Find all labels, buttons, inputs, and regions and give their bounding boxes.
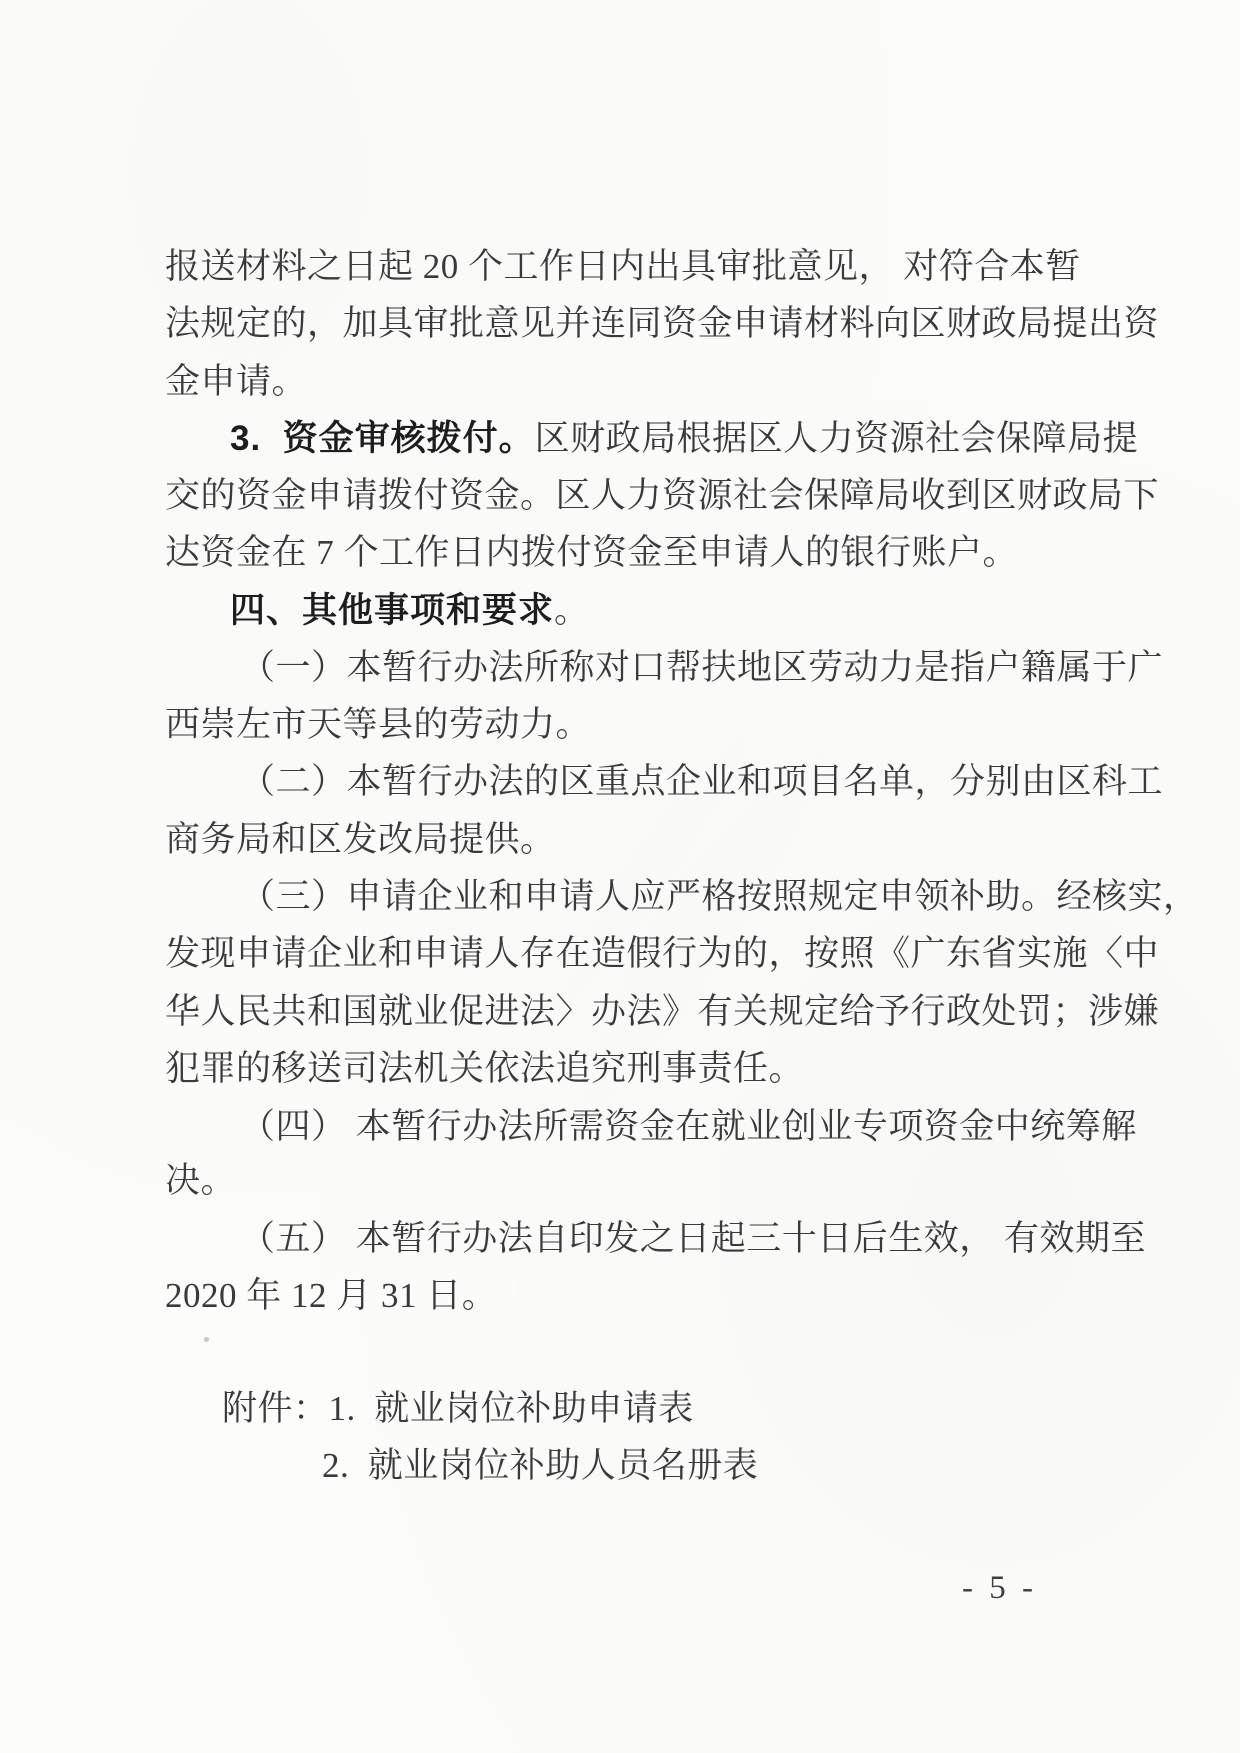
body-line: 华人民共和国就业促进法〉办法》有关规定给予行政处罚；涉嫌 bbox=[165, 987, 1159, 1037]
bold-segment: 四、其他事项和要求 bbox=[230, 591, 554, 630]
body-line: 2020 年 12 月 31 日。 bbox=[165, 1271, 497, 1321]
line-text: 2020 年 12 月 31 日。 bbox=[165, 1276, 497, 1315]
body-line: 报送材料之日起 20 个工作日内出具审批意见， 对符合本暂 bbox=[165, 242, 1081, 292]
body-line: （一）本暂行办法所称对口帮扶地区劳动力是指户籍属于广 bbox=[240, 643, 1163, 693]
body-line: 犯罪的移送司法机关依法追究刑事责任。 bbox=[165, 1044, 804, 1094]
line-text: （四） 本暂行办法所需资金在就业创业专项资金中统筹解 bbox=[240, 1107, 1137, 1146]
body-line: 商务局和区发改局提供。 bbox=[165, 815, 556, 865]
attachments-label: 附件： bbox=[222, 1389, 329, 1428]
body-line: 交的资金申请拨付资金。区人力资源社会保障局收到区财政局下 bbox=[165, 471, 1159, 521]
body-line: 金申请。 bbox=[165, 357, 307, 407]
line-text: 商务局和区发改局提供。 bbox=[165, 820, 556, 859]
body-line: 西崇左市天等县的劳动力。 bbox=[165, 700, 591, 750]
numbered-heading-line: 3. 资金审核拨付。区财政局根据区人力资源社会保障局提 bbox=[230, 414, 1138, 464]
body-line: 达资金在 7 个工作日内拨付资金至申请人的银行账户。 bbox=[165, 528, 1018, 578]
line-text: （二）本暂行办法的区重点企业和项目名单，分别由区科工 bbox=[240, 762, 1163, 801]
attachment-item: 1. 就业岗位补助申请表 bbox=[329, 1389, 694, 1428]
line-text: 决。 bbox=[165, 1161, 236, 1200]
line-text: 交的资金申请拨付资金。区人力资源社会保障局收到区财政局下 bbox=[165, 476, 1159, 515]
line-text: 犯罪的移送司法机关依法追究刑事责任。 bbox=[165, 1049, 804, 1088]
line-text: 法规定的，加具审批意见并连同资金申请材料向区财政局提出资 bbox=[165, 304, 1159, 343]
line-text: 区财政局根据区人力资源社会保障局提 bbox=[535, 419, 1139, 458]
line-text: 金申请。 bbox=[165, 362, 307, 401]
body-line: （三）申请企业和申请人应严格按照规定申领补助。经核实， bbox=[240, 872, 1199, 922]
line-text: 华人民共和国就业促进法〉办法》有关规定给予行政处罚；涉嫌 bbox=[165, 992, 1159, 1031]
attachment-line: 附件：1. 就业岗位补助申请表 bbox=[222, 1384, 694, 1434]
line-text: （三）申请企业和申请人应严格按照规定申领补助。经核实， bbox=[240, 877, 1199, 916]
line-text: （一）本暂行办法所称对口帮扶地区劳动力是指户籍属于广 bbox=[240, 648, 1163, 687]
attachment-item: 2. 就业岗位补助人员名册表 bbox=[322, 1446, 758, 1485]
section-heading-line: 四、其他事项和要求。 bbox=[230, 586, 590, 636]
document-page: 报送材料之日起 20 个工作日内出具审批意见， 对符合本暂 法规定的，加具审批意… bbox=[0, 0, 1240, 1753]
bold-segment: 3. 资金审核拨付。 bbox=[230, 419, 535, 458]
body-line: 发现申请企业和申请人存在造假行为的，按照《广东省实施〈中 bbox=[165, 929, 1159, 979]
body-line: （二）本暂行办法的区重点企业和项目名单，分别由区科工 bbox=[240, 757, 1163, 807]
body-line: （五） 本暂行办法自印发之日起三十日后生效， 有效期至 bbox=[240, 1214, 1146, 1264]
line-text: 发现申请企业和申请人存在造假行为的，按照《广东省实施〈中 bbox=[165, 934, 1159, 973]
body-line: （四） 本暂行办法所需资金在就业创业专项资金中统筹解 bbox=[240, 1102, 1137, 1152]
line-text: 西崇左市天等县的劳动力。 bbox=[165, 705, 591, 744]
page-number: - 5 - bbox=[962, 1570, 1037, 1607]
line-text: （五） 本暂行办法自印发之日起三十日后生效， 有效期至 bbox=[240, 1219, 1146, 1258]
body-line: 决。 bbox=[165, 1156, 236, 1206]
attachment-line: 2. 就业岗位补助人员名册表 bbox=[322, 1441, 758, 1491]
scan-speck bbox=[204, 1337, 209, 1342]
line-text: 达资金在 7 个工作日内拨付资金至申请人的银行账户。 bbox=[165, 533, 1018, 572]
line-text: 。 bbox=[554, 591, 590, 630]
body-line: 法规定的，加具审批意见并连同资金申请材料向区财政局提出资 bbox=[165, 299, 1159, 349]
line-text: 报送材料之日起 20 个工作日内出具审批意见， 对符合本暂 bbox=[165, 247, 1081, 286]
